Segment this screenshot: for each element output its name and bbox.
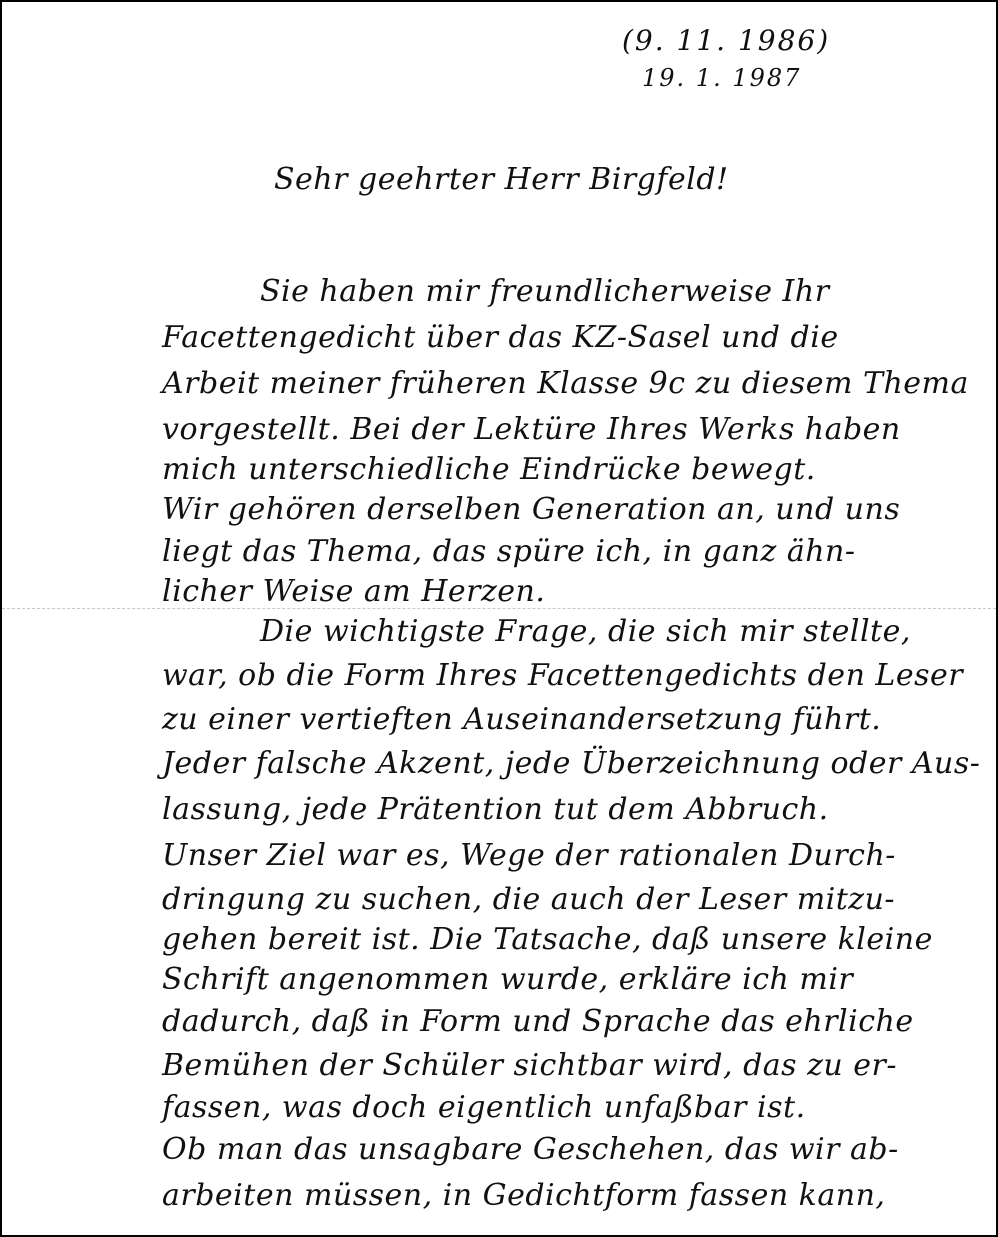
paragraph-1-line: Arbeit meiner früheren Klasse 9c zu dies… — [162, 366, 969, 401]
paragraph-2-line: dadurch, daß in Form und Sprache das ehr… — [162, 1004, 914, 1039]
paragraph-2-line: lassung, jede Prätention tut dem Abbruch… — [162, 792, 829, 827]
paragraph-1-line: mich unterschiedliche Eindrücke bewegt. — [162, 452, 816, 487]
paragraph-1-line: liegt das Thema, das spüre ich, in ganz … — [162, 534, 855, 569]
letter-date: 19. 1. 1987 — [642, 64, 801, 92]
original-date: (9. 11. 1986) — [622, 24, 830, 57]
letter-page: (9. 11. 1986) 19. 1. 1987 Sehr geehrter … — [0, 0, 998, 1237]
paragraph-2-line: Bemühen der Schüler sichtbar wird, das z… — [162, 1048, 897, 1083]
paragraph-2-line: arbeiten müssen, in Gedichtform fassen k… — [162, 1178, 885, 1213]
paragraph-2-line: Unser Ziel war es, Wege der rationalen D… — [162, 838, 896, 873]
paragraph-1-line: licher Weise am Herzen. — [162, 574, 545, 609]
paragraph-1-line: Sie haben mir freundlicherweise Ihr — [260, 274, 830, 309]
salutation: Sehr geehrter Herr Birgfeld! — [274, 162, 729, 197]
paragraph-2-line: Schrift angenommen wurde, erkläre ich mi… — [162, 962, 853, 997]
paragraph-2-line: Die wichtigste Frage, die sich mir stell… — [260, 614, 911, 649]
paragraph-2-line: gehen bereit ist. Die Tatsache, daß unse… — [162, 922, 933, 957]
paragraph-2-line: war, ob die Form Ihres Facettengedichts … — [162, 658, 963, 693]
paragraph-2-line: zu einer vertieften Auseinandersetzung f… — [162, 702, 881, 737]
paragraph-1-line: vorgestellt. Bei der Lektüre Ihres Werks… — [162, 412, 901, 447]
paragraph-2-line: Ob man das unsagbare Geschehen, das wir … — [162, 1132, 899, 1167]
page-fold-line — [2, 608, 996, 609]
paragraph-2-line: fassen, was doch eigentlich unfaßbar ist… — [162, 1090, 806, 1125]
paragraph-1-line: Wir gehören derselben Generation an, und… — [162, 492, 900, 527]
paragraph-2-line: Jeder falsche Akzent, jede Überzeichnung… — [162, 746, 980, 781]
paragraph-2-line: dringung zu suchen, die auch der Leser m… — [162, 882, 895, 917]
paragraph-1-line: Facettengedicht über das KZ-Sasel und di… — [162, 320, 839, 355]
